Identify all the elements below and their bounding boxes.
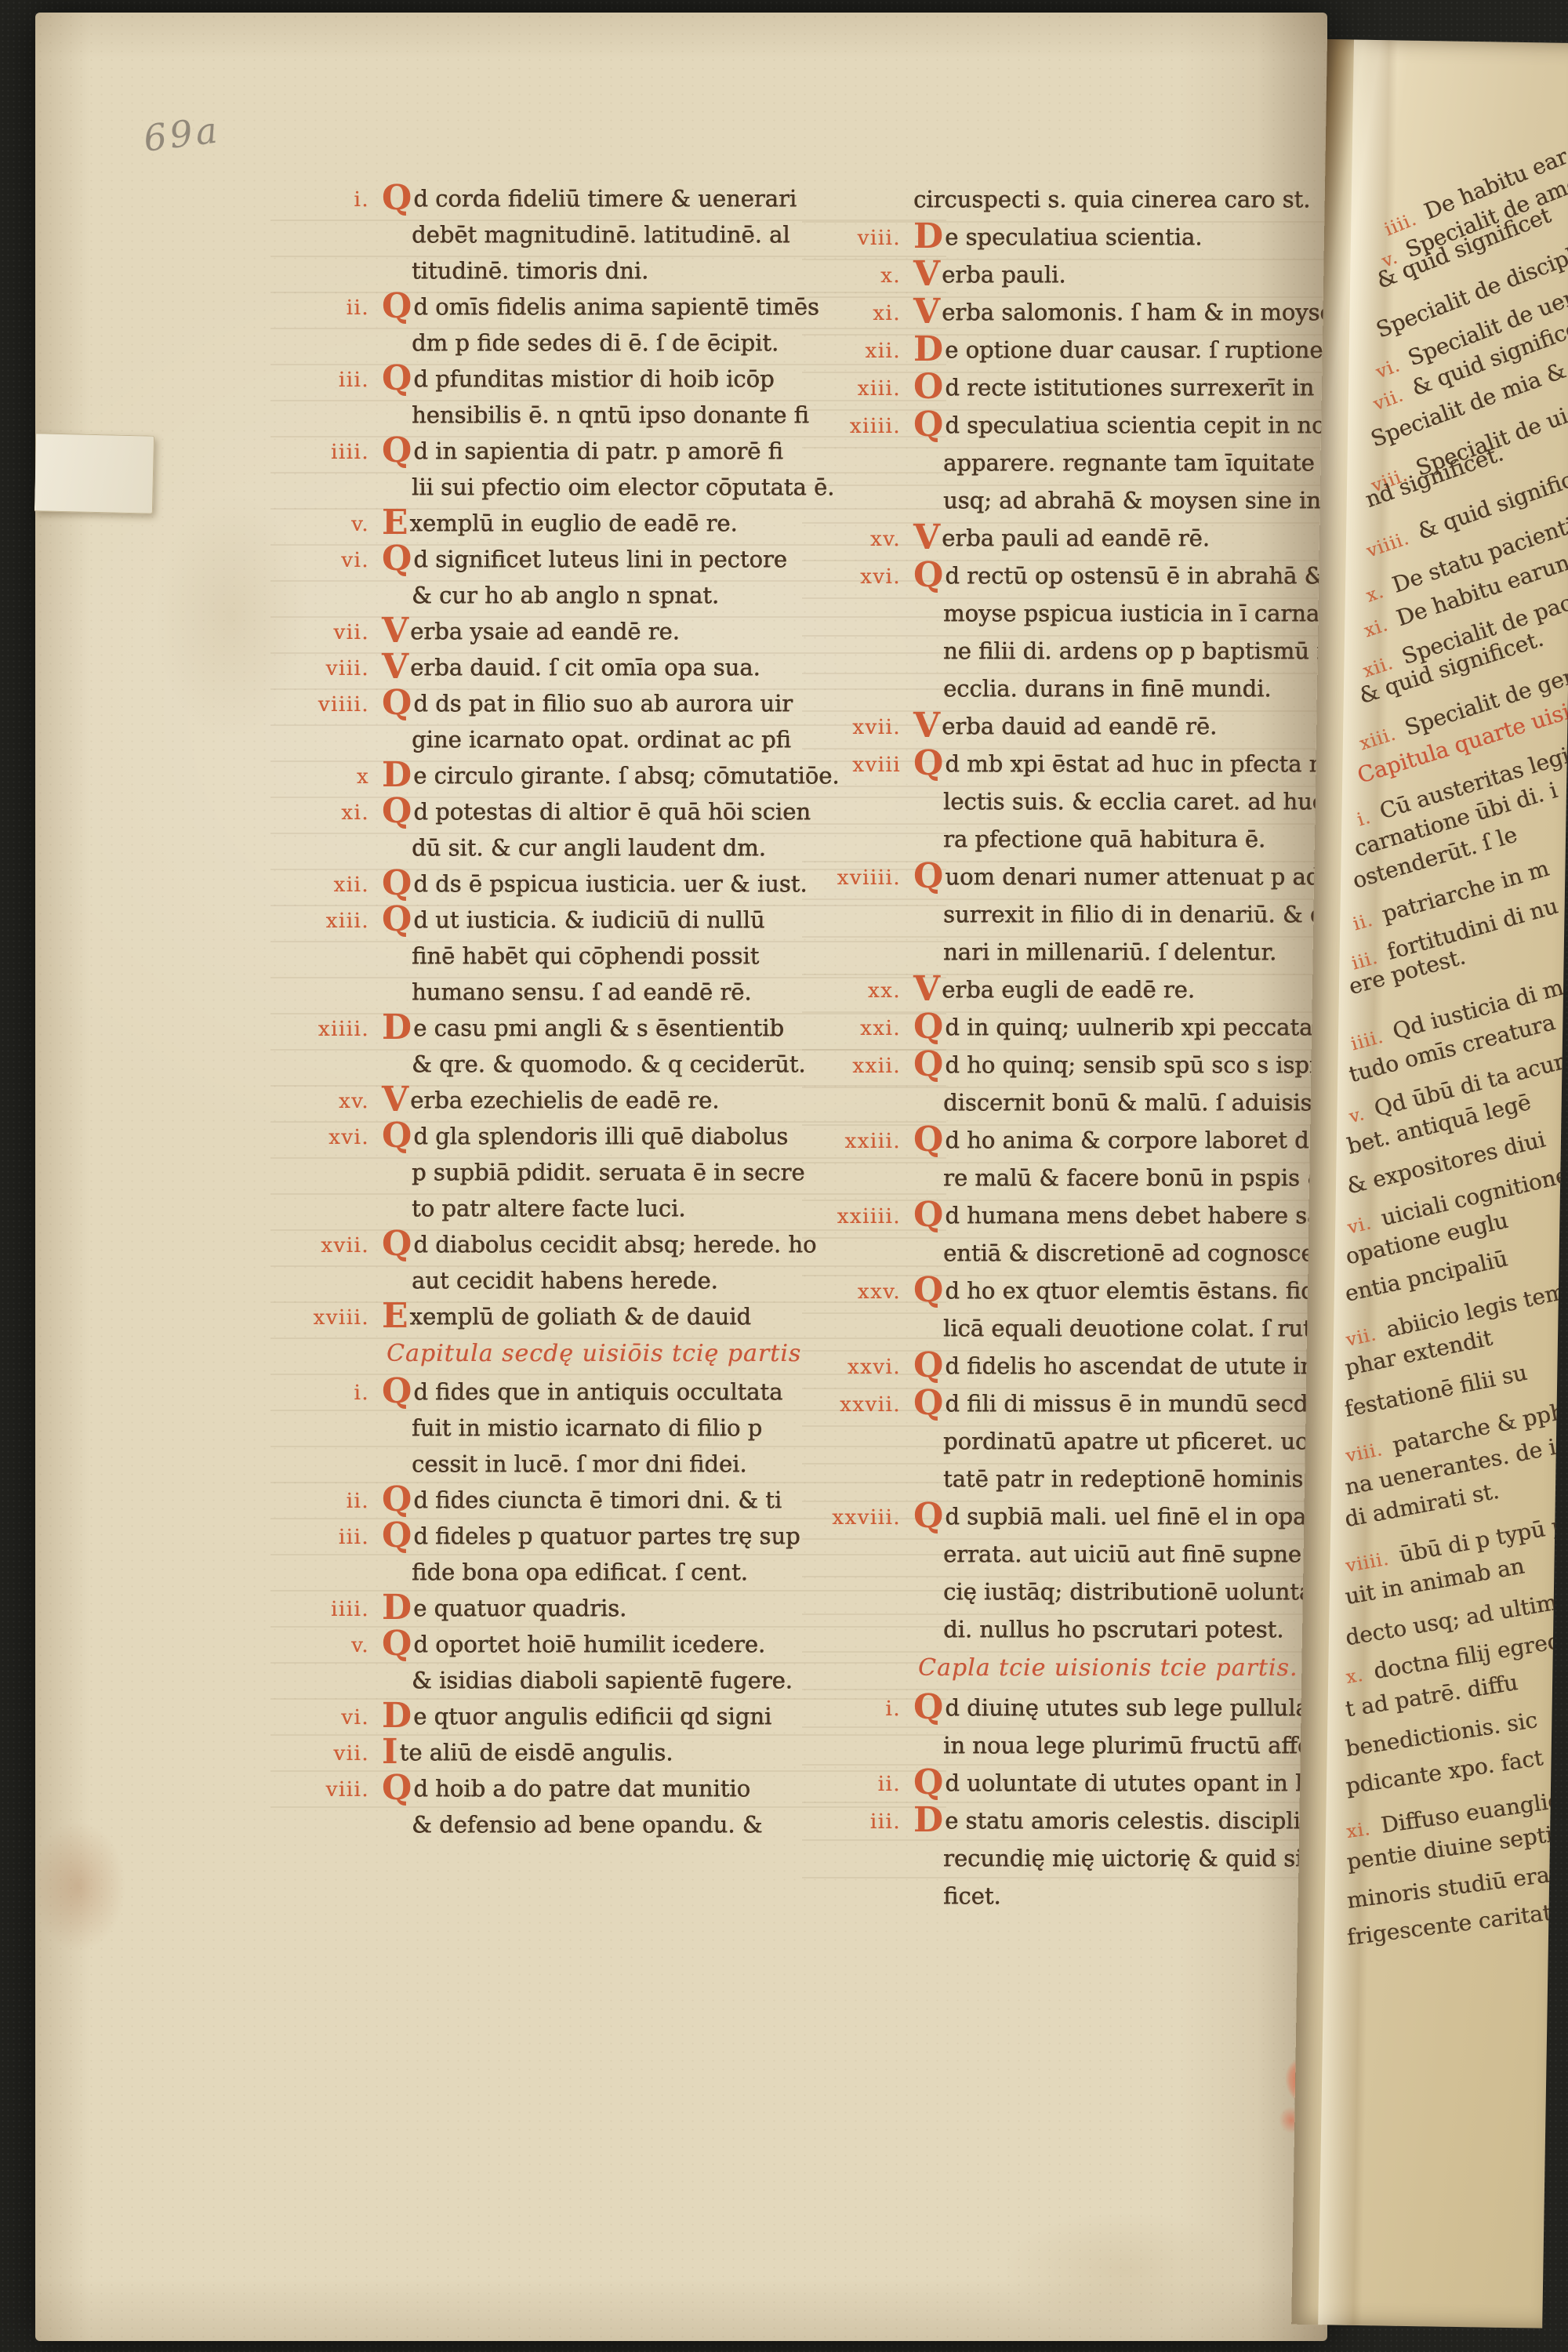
entry-number: vii.	[294, 1736, 369, 1772]
entry-number: xi.	[826, 295, 901, 332]
red-initial: Q	[913, 1007, 943, 1047]
entry-number: i.	[294, 182, 369, 218]
entry-number: xviii	[826, 746, 901, 784]
red-initial: Q	[913, 1270, 943, 1310]
red-initial: Q	[913, 1496, 943, 1536]
facing-entry-number: vii.	[1370, 385, 1406, 415]
entry-number: xii.	[826, 332, 901, 370]
entry-number: i.	[294, 1375, 369, 1411]
entry-number: xxi.	[826, 1010, 901, 1047]
red-initial: V	[913, 292, 940, 332]
red-initial: D	[382, 1696, 412, 1736]
red-initial: Q	[382, 791, 412, 831]
entry-number: vii.	[294, 615, 369, 651]
entry-number: xvii.	[826, 709, 901, 746]
entry-number: xx.	[826, 972, 901, 1010]
entry-number: x	[294, 759, 369, 795]
entry-number: vi.	[294, 543, 369, 579]
red-initial: Q	[913, 856, 943, 896]
red-initial: Q	[382, 1768, 412, 1808]
manuscript-left-page: 69a i.Qd corda fideliū timere & uenerari…	[35, 13, 1327, 2341]
entry-number: xiiii.	[294, 1011, 369, 1047]
entry-number: xxvi.	[826, 1348, 901, 1386]
red-initial: E	[382, 1296, 408, 1336]
entry-number: xiiii.	[826, 408, 901, 445]
red-initial: V	[382, 611, 408, 651]
facing-entry-number: viiii.	[1344, 1548, 1391, 1577]
entry-number: iiii.	[294, 1592, 369, 1628]
manuscript-book-photo: 69a i.Qd corda fideliū timere & uenerari…	[0, 0, 1568, 2352]
red-initial: Q	[913, 1044, 943, 1084]
red-initial: E	[382, 503, 408, 543]
entry-number: ii.	[294, 290, 369, 326]
entry-number: ii.	[294, 1483, 369, 1519]
entry-number: xiii.	[826, 370, 901, 408]
entry-number: viii.	[294, 1772, 369, 1808]
red-initial: Q	[382, 1371, 412, 1411]
red-initial: V	[913, 969, 940, 1009]
entry-number: x.	[826, 257, 901, 295]
red-initial: Q	[382, 899, 412, 939]
entry-number: xxii.	[826, 1047, 901, 1085]
red-initial: Q	[913, 1687, 943, 1727]
entry-number: xviiii.	[826, 859, 901, 897]
red-initial: Q	[382, 430, 412, 470]
red-initial: Q	[382, 286, 412, 326]
facing-entry-number: xiii.	[1357, 724, 1399, 755]
entry-number: xiii.	[294, 903, 369, 939]
entry-number: viii.	[294, 651, 369, 687]
red-initial: V	[382, 1080, 408, 1120]
facing-page-edge: iiii.De habitu ear de & quiv.Specialit d…	[1291, 39, 1568, 2328]
red-initial: D	[382, 1007, 412, 1047]
red-initial: Q	[913, 1195, 943, 1235]
red-initial: Q	[913, 1383, 943, 1423]
entry-number: v.	[294, 506, 369, 543]
red-initial: Q	[382, 683, 412, 723]
red-initial: Q	[913, 1120, 943, 1160]
red-initial: D	[913, 1800, 943, 1840]
red-initial: Q	[913, 555, 943, 595]
red-initial: Q	[382, 1224, 412, 1264]
red-initial: V	[913, 254, 940, 294]
red-initial: D	[382, 755, 412, 795]
red-initial: Q	[382, 539, 412, 579]
entry-number: iii.	[826, 1803, 901, 1841]
entry-number: xvii.	[294, 1228, 369, 1264]
red-initial: Q	[913, 743, 943, 783]
red-initial: O	[913, 367, 943, 407]
red-initial: D	[913, 329, 943, 369]
facing-entry-number: viii.	[1344, 1439, 1385, 1467]
entry-number: xii.	[294, 867, 369, 903]
red-initial: V	[913, 706, 940, 746]
red-initial: Q	[382, 863, 412, 903]
red-initial: V	[382, 647, 408, 687]
red-initial: Q	[382, 358, 412, 398]
entry-number: xxiii.	[826, 1123, 901, 1160]
entry-number: vi.	[294, 1700, 369, 1736]
entry-number: xv.	[294, 1083, 369, 1120]
entry-number: xi.	[294, 795, 369, 831]
entry-number: viii.	[826, 220, 901, 257]
entry-number: iii.	[294, 1519, 369, 1555]
facing-entry-number: xi.	[1345, 1819, 1372, 1842]
entry-number: xxiiii.	[826, 1198, 901, 1236]
red-initial: Q	[913, 405, 943, 445]
entry-number: viiii.	[294, 687, 369, 723]
red-initial: Q	[382, 178, 412, 218]
red-initial: Q	[382, 1479, 412, 1519]
entry-number: xxviii.	[826, 1499, 901, 1537]
entry-number: i.	[826, 1690, 901, 1728]
red-initial: D	[382, 1588, 412, 1628]
red-initial: Q	[913, 1762, 943, 1802]
entry-number: xvi.	[826, 558, 901, 596]
red-initial: V	[913, 517, 940, 557]
red-initial: Q	[913, 1345, 943, 1385]
red-initial: I	[382, 1732, 398, 1772]
entry-number: iiii.	[294, 434, 369, 470]
red-initial: Q	[382, 1116, 412, 1156]
red-initial: D	[913, 216, 943, 256]
bookmark-tab	[34, 433, 154, 514]
entry-number: xxvii.	[826, 1386, 901, 1424]
red-initial: Q	[382, 1624, 412, 1664]
entry-number: xv.	[826, 521, 901, 558]
facing-entry-number: x.	[1345, 1665, 1365, 1688]
entry-number: xxv.	[826, 1273, 901, 1311]
entry-number: v.	[294, 1628, 369, 1664]
red-initial: Q	[382, 1515, 412, 1555]
entry-number: ii.	[826, 1766, 901, 1803]
entry-number: xviii.	[294, 1300, 369, 1336]
entry-number: xvi.	[294, 1120, 369, 1156]
entry-number: iii.	[294, 362, 369, 398]
